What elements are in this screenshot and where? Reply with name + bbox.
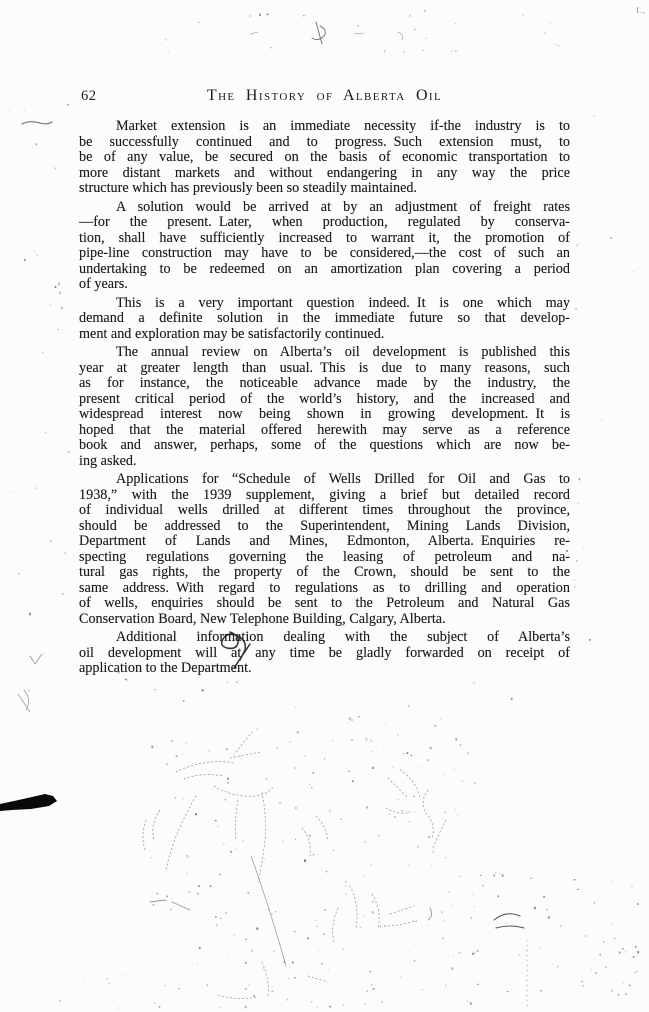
paragraph: Market extension is an immediate necessi… — [79, 119, 570, 197]
text-line: book and answer, perhaps, some of the qu… — [79, 438, 570, 454]
text-line: tion, shall have sufficiently increased … — [79, 231, 570, 247]
text-line: ing asked. — [79, 454, 570, 470]
paragraph: The annual review on Alberta’s oil devel… — [79, 345, 570, 469]
corner-mark: I., — [636, 6, 646, 15]
text-line: —for the present. Later, when production… — [79, 215, 570, 231]
bleedthrough-marks — [143, 732, 527, 1006]
text-line: of years. — [79, 277, 570, 293]
text-line: hoped that the material offered herewith… — [79, 423, 570, 439]
text-line: A solution would be arrived at by an adj… — [79, 200, 570, 216]
paragraph: Additional information dealing with the … — [79, 630, 570, 677]
scan-blot-mark — [0, 794, 57, 811]
text-line: specting regulations governing the leasi… — [79, 550, 570, 566]
text-line: structure which has previously been so s… — [79, 181, 570, 197]
text-line: be of any value, be secured on the basis… — [79, 150, 570, 166]
text-line: Department of Lands and Mines, Edmonton,… — [79, 534, 570, 550]
text-line: Applications for “Schedule of Wells Dril… — [79, 472, 570, 488]
text-line: pipe-line construction may have to be co… — [79, 246, 570, 262]
text-line: Market extension is an immediate necessi… — [79, 119, 570, 135]
text-line: The annual review on Alberta’s oil devel… — [79, 345, 570, 361]
text-line: should be addressed to the Superintenden… — [79, 519, 570, 535]
text-line: oil development will at any time be glad… — [79, 646, 570, 662]
scanned-page: 62 The History of Alberta Oil Market ext… — [0, 0, 649, 1012]
paragraph: A solution would be arrived at by an adj… — [79, 200, 570, 293]
text-line: demand a definite solution in the immedi… — [79, 311, 570, 327]
text-line: of wells, enquiries should be sent to th… — [79, 596, 570, 612]
text-line: Conservation Board, New Telephone Buildi… — [79, 612, 570, 628]
text-line: be successfully continued and to progres… — [79, 135, 570, 151]
text-line: same address. With regard to regulations… — [79, 581, 570, 597]
text-line: This is a very important question indeed… — [79, 296, 570, 312]
text-line: tural gas rights, the property of the Cr… — [79, 565, 570, 581]
text-line: Additional information dealing with the … — [79, 630, 570, 646]
text-line: as for instance, the noticeable advance … — [79, 376, 570, 392]
text-line: present critical period of the world’s h… — [79, 392, 570, 408]
text-line: year at greater length than usual. This … — [79, 361, 570, 377]
paragraph: Applications for “Schedule of Wells Dril… — [79, 472, 570, 627]
text-line: application to the Department. — [79, 661, 570, 677]
running-title: The History of Alberta Oil — [79, 87, 570, 105]
text-line: ment and exploration may be satisfactori… — [79, 327, 570, 343]
text-line: widespread interest now being shown in g… — [79, 407, 570, 423]
text-line: of individual wells drilled at different… — [79, 503, 570, 519]
page-header: 62 The History of Alberta Oil — [79, 87, 570, 104]
text-line: 1938,” with the 1939 supplement, giving … — [79, 488, 570, 504]
paragraph: This is a very important question indeed… — [79, 296, 570, 343]
page-body: Market extension is an immediate necessi… — [79, 119, 570, 677]
text-line: more distant markets and without endange… — [79, 166, 570, 182]
text-line: undertaking to be redeemed on an amortiz… — [79, 262, 570, 278]
